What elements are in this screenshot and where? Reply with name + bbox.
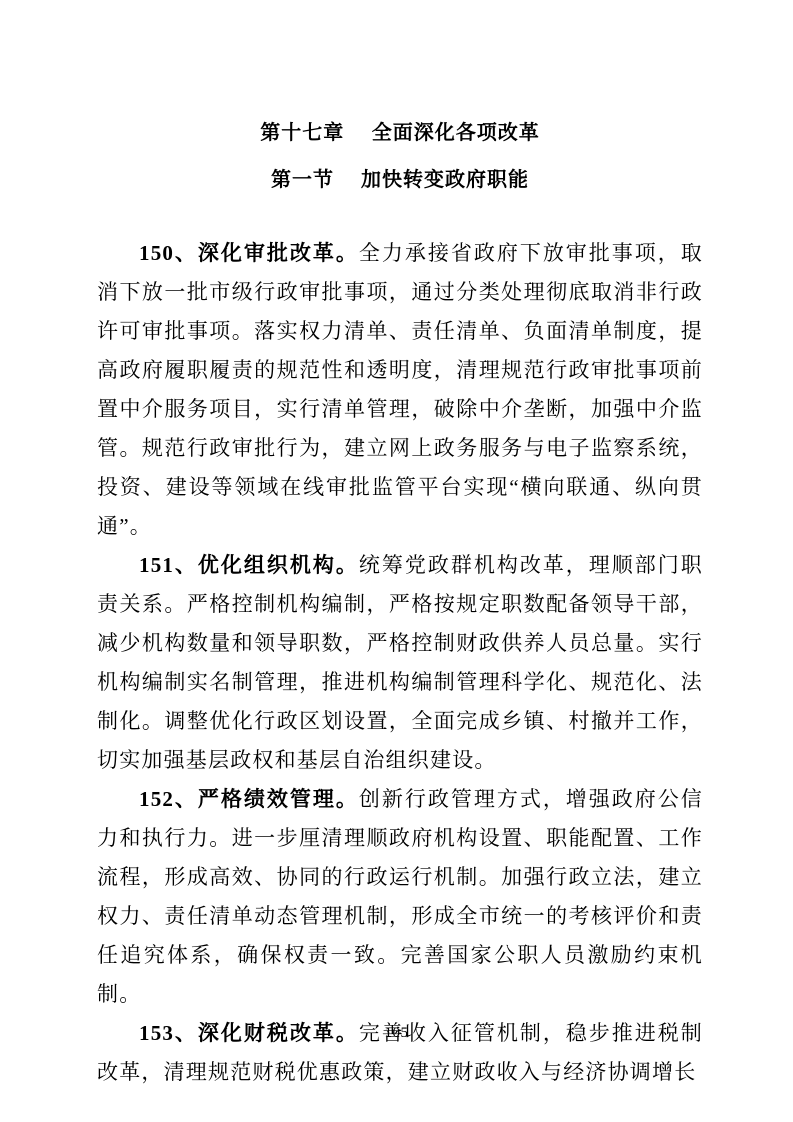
document-page: 第十七章 全面深化各项改革 第一节 加快转变政府职能 150、深化审批改革。全力… <box>0 0 793 1122</box>
body-text: 150、深化审批改革。全力承接省政府下放审批事项，取消下放一批市级行政审批事项，… <box>97 234 703 1092</box>
paragraph-151: 151、优化组织机构。统筹党政群机构改革，理顺部门职责关系。严格控制机构编制，严… <box>97 546 703 780</box>
page-content: 第十七章 全面深化各项改革 第一节 加快转变政府职能 150、深化审批改革。全力… <box>97 0 703 1092</box>
page-number: 105 <box>0 1024 793 1042</box>
paragraph-150: 150、深化审批改革。全力承接省政府下放审批事项，取消下放一批市级行政审批事项，… <box>97 234 703 546</box>
paragraph-number: 151、 <box>139 553 198 577</box>
paragraph-body: 全力承接省政府下放审批事项，取消下放一批市级行政审批事项，通过分类处理彻底取消非… <box>97 241 703 538</box>
paragraph-number: 152、 <box>139 787 198 811</box>
section-title: 第一节 加快转变政府职能 <box>97 169 703 192</box>
paragraph-lead: 深化审批改革。 <box>198 241 359 265</box>
paragraph-number: 150、 <box>139 241 198 265</box>
chapter-title: 第十七章 全面深化各项改革 <box>97 122 703 145</box>
paragraph-body: 创新行政管理方式，增强政府公信力和执行力。进一步厘清理顺政府机构设置、职能配置、… <box>97 787 703 1006</box>
paragraph-lead: 严格绩效管理。 <box>198 787 359 811</box>
paragraph-body: 统筹党政群机构改革，理顺部门职责关系。严格控制机构编制，严格按规定职数配备领导干… <box>97 553 703 772</box>
paragraph-152: 152、严格绩效管理。创新行政管理方式，增强政府公信力和执行力。进一步厘清理顺政… <box>97 780 703 1014</box>
paragraph-lead: 优化组织机构。 <box>198 553 359 577</box>
